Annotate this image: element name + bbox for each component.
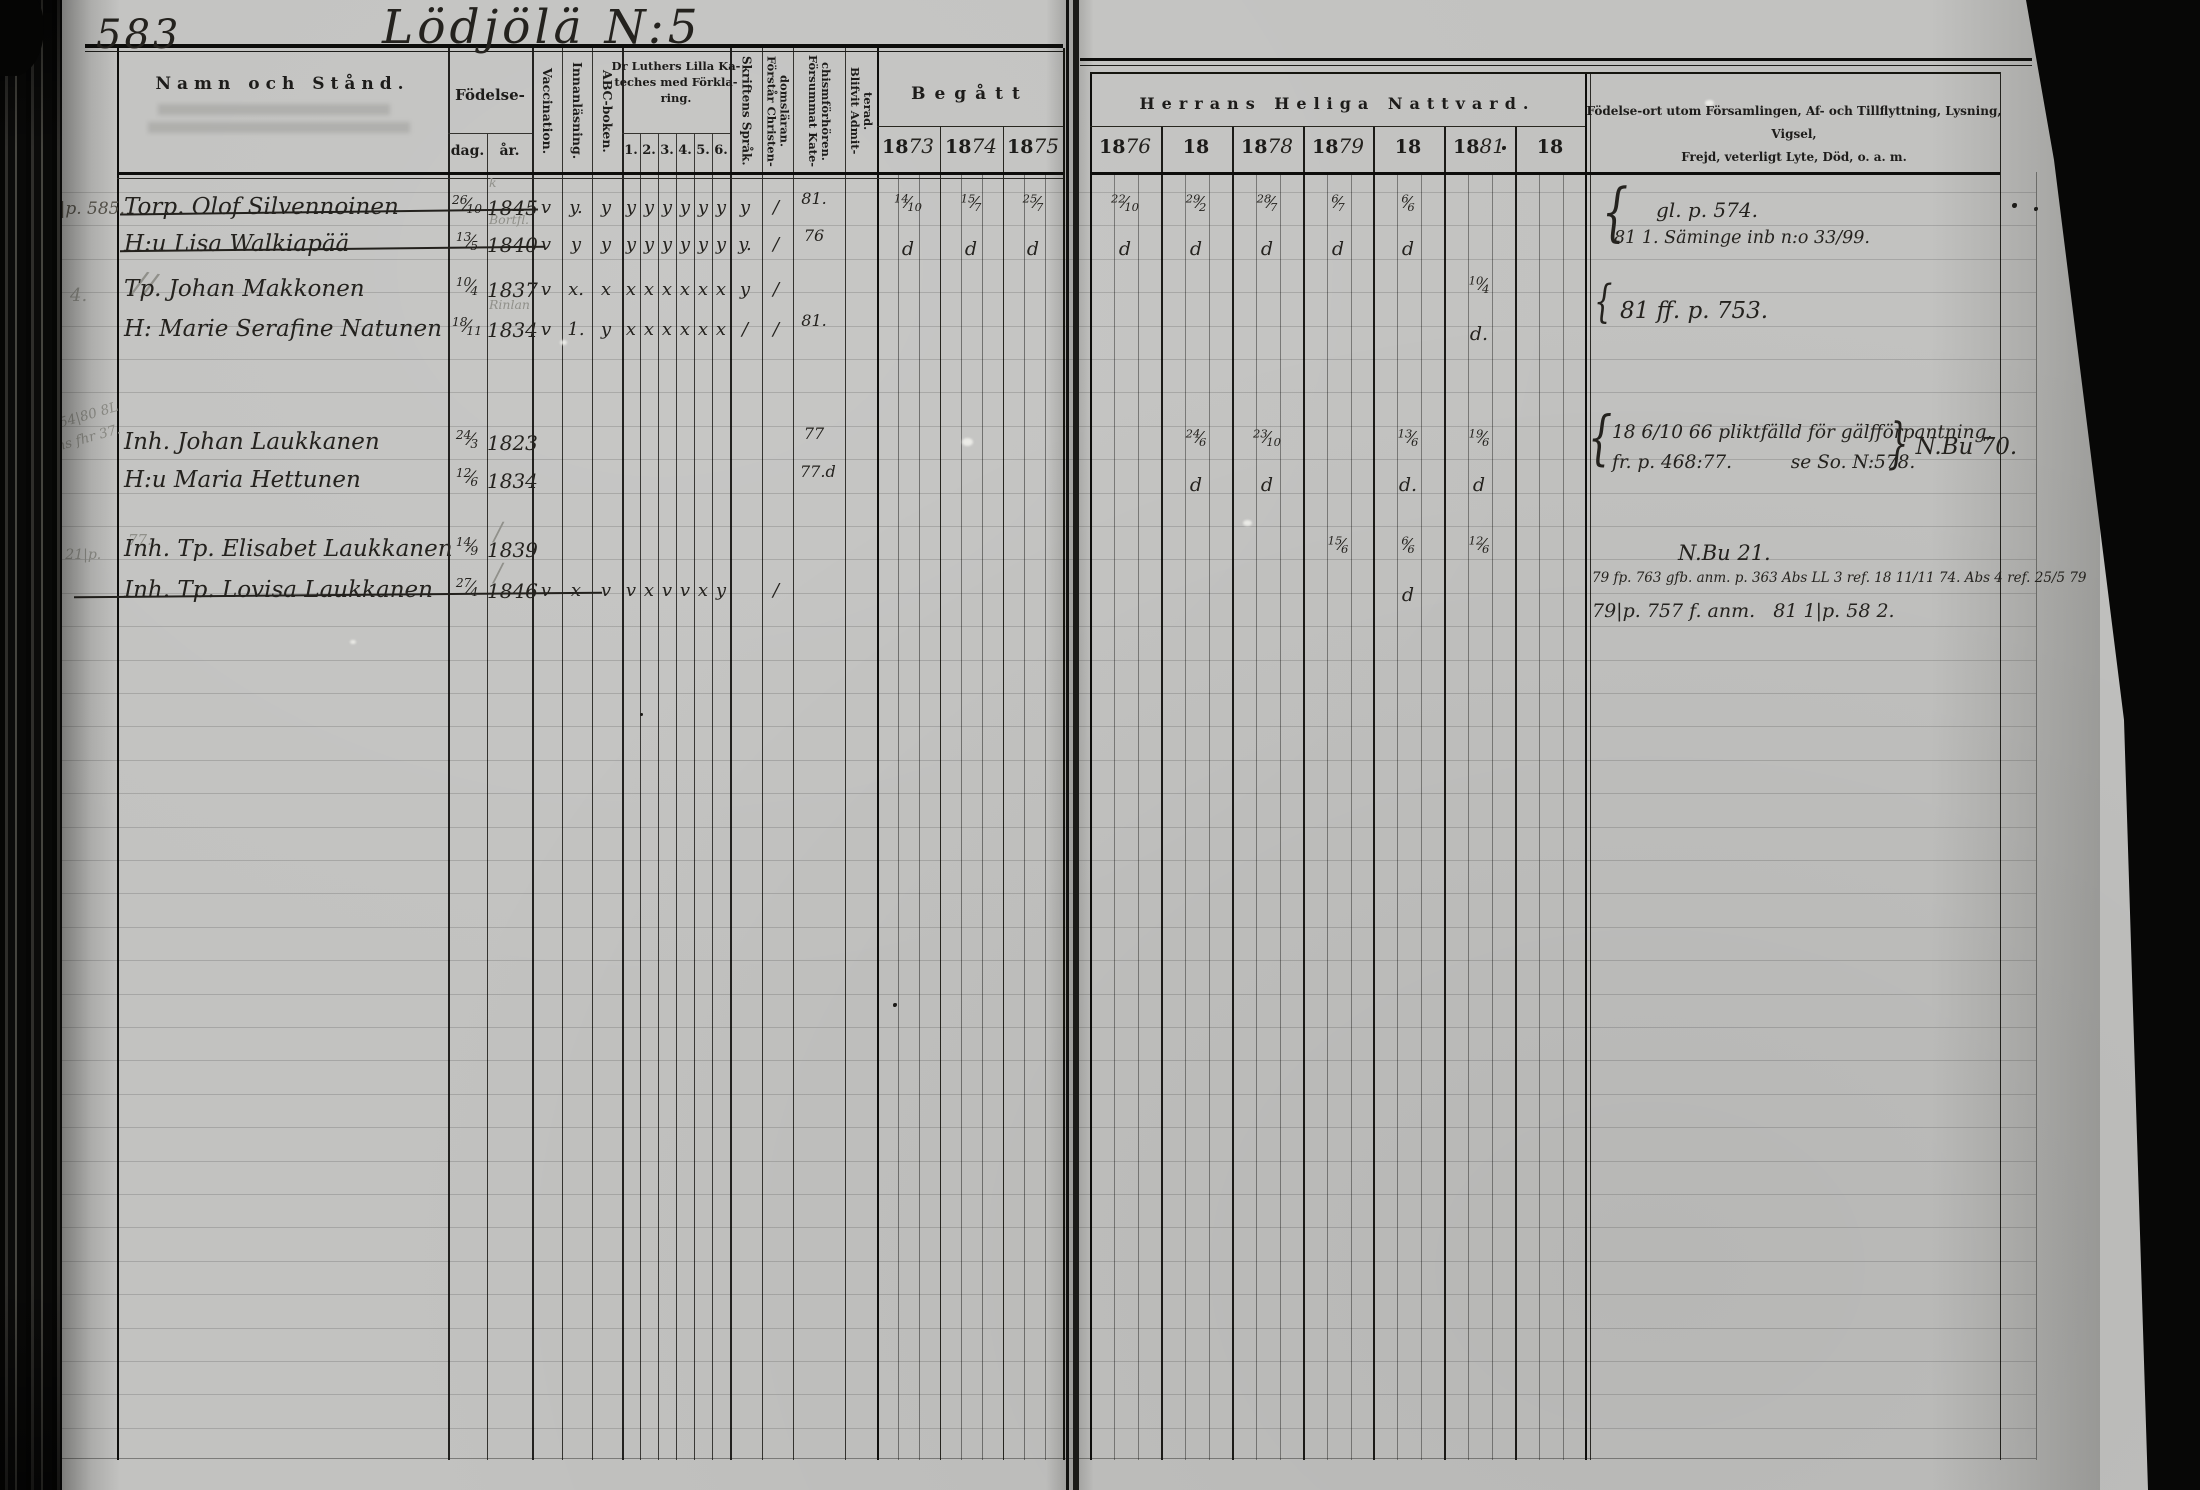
row-pencil-note: ∕ xyxy=(494,517,502,546)
grid-hline xyxy=(448,133,532,134)
grid-hline xyxy=(1080,58,2032,61)
grid-vline xyxy=(1280,172,1281,1460)
col-header-birth: Födelse- xyxy=(448,86,532,104)
row-mark: v xyxy=(532,580,560,601)
grid-hline xyxy=(622,133,730,134)
row-mark: 81. xyxy=(800,189,828,208)
nattvard-year-head: 1881 xyxy=(1449,134,1509,158)
row-mark: / xyxy=(762,580,790,601)
row-nattvard-mark: 13⁄6 xyxy=(1380,426,1436,449)
grid-vline xyxy=(1421,172,1422,1460)
row-mark: 81. xyxy=(800,311,828,330)
row-mark: x. xyxy=(562,279,590,300)
row-name: H:u Maria Hettunen xyxy=(124,467,454,493)
grid-vline xyxy=(1138,172,1139,1460)
row-birth-year: 1823 xyxy=(487,431,532,455)
row-birth-day: 26⁄10 xyxy=(448,193,486,216)
grid-vline xyxy=(1114,172,1115,1460)
annotation-line: N.Bu 21. xyxy=(1678,541,1771,565)
row-name: Inh. Johan Laukkanen xyxy=(124,429,454,455)
row-pencil-note: Rinlan xyxy=(489,297,530,312)
row-name: Tp. Johan Makkonen xyxy=(124,276,454,302)
grid-vline xyxy=(845,48,846,1460)
paper-fleck xyxy=(350,640,356,644)
row-birth-day: 24⁄3 xyxy=(448,428,486,451)
grid-hline xyxy=(117,172,1063,175)
col-header-begatt: Begått xyxy=(877,84,1063,104)
row-mark: y xyxy=(592,197,620,218)
grid-vline xyxy=(1351,172,1352,1460)
row-begatt-mark: d xyxy=(880,238,936,260)
row-nattvard-mark: 6⁄7 xyxy=(1310,191,1366,214)
row-nattvard-mark: 29⁄2 xyxy=(1168,191,1224,214)
col-header-birth-year: år. xyxy=(487,143,532,159)
row-mark: y xyxy=(731,279,759,300)
row-mark: v xyxy=(532,279,560,300)
row-mark: 1. xyxy=(562,319,590,340)
book-spine-shadow xyxy=(62,0,120,1490)
annotation-line: 81 1. Säminge inb n:o 33/99. xyxy=(1614,228,1870,248)
catechism-number: 1. xyxy=(622,143,640,158)
grid-vline xyxy=(919,172,920,1460)
grid-hline xyxy=(1090,126,1585,127)
row-mark: x xyxy=(592,279,620,300)
grid-vline xyxy=(1492,172,1493,1460)
row-nattvard-mark: 23⁄10 xyxy=(1239,426,1295,449)
col-header-skriftens-sprak: Skriftens Språk. xyxy=(730,54,762,168)
book-spine xyxy=(0,0,62,1490)
nattvard-year-head: 1879 xyxy=(1308,134,1368,158)
grid-vline xyxy=(1256,172,1257,1460)
grid-vline xyxy=(898,172,899,1460)
row-mark: y xyxy=(731,197,759,218)
grid-vline xyxy=(793,48,794,1460)
row-nattvard-mark: 22⁄10 xyxy=(1097,191,1153,214)
row-nattvard-mark: d xyxy=(1168,474,1224,496)
row-nattvard-mark: 6⁄6 xyxy=(1380,191,1436,214)
row-nattvard-mark: 10⁄4 xyxy=(1451,273,1507,296)
row-mark: 77 xyxy=(800,424,828,443)
row-mark: x xyxy=(562,580,590,601)
row-mark: v xyxy=(592,580,620,601)
grid-hline xyxy=(1090,172,2000,175)
catechism-number: 4. xyxy=(676,143,694,158)
row-mark: 77.d xyxy=(800,462,828,481)
grid-hline xyxy=(877,126,1063,127)
row-name: Torp. Olof Silvennoinen xyxy=(124,194,454,220)
annotation-brace: { xyxy=(1588,404,1612,472)
nattvard-year-head: 18 xyxy=(1378,134,1438,158)
ghost-print xyxy=(148,122,410,133)
grid-vline xyxy=(532,48,534,1460)
catechism-number: 3. xyxy=(658,143,676,158)
row-mark: / xyxy=(731,319,759,340)
col-header-blifvit-admitterad: Blifvit Admit- terad. xyxy=(845,54,877,168)
row-mark: y xyxy=(562,234,590,255)
row-nattvard-mark: 12⁄6 xyxy=(1451,533,1507,556)
grid-vline xyxy=(1539,172,1540,1460)
row-name: H: Marie Serafine Natunen xyxy=(124,316,454,342)
row-mark: y. xyxy=(562,197,590,218)
grid-vline xyxy=(1327,172,1328,1460)
col-header-forsummat-katechismforhoren: Försummat Kate- chismförhören. xyxy=(793,54,845,168)
grid-vline xyxy=(622,48,624,1460)
col-header-catechism: Dr Luthers Lilla Ka- teches med Förkla- … xyxy=(608,58,744,106)
row-pencil-note: ∕ xyxy=(494,558,502,587)
grid-hline xyxy=(1080,65,2032,66)
row-birth-day: 18⁄11 xyxy=(448,315,486,338)
grid-vline xyxy=(1397,172,1398,1460)
grid-vline xyxy=(982,172,983,1460)
row-nattvard-mark: 6⁄6 xyxy=(1380,533,1436,556)
grid-vline xyxy=(562,48,563,1460)
row-birth-year: 1834 xyxy=(487,469,532,493)
grid-vline xyxy=(1590,72,1591,1460)
annotation-line: 81 ff. p. 753. xyxy=(1620,298,1768,324)
row-name: Inh. Tp. Elisabet Laukkanen xyxy=(124,536,454,562)
row-birth-day: 10⁄4 xyxy=(448,275,486,298)
row-mark: v xyxy=(532,234,560,255)
row-birth-day: 12⁄6 xyxy=(448,466,486,489)
col-header-innanlasning: Innanläsning. xyxy=(562,54,592,168)
grid-vline xyxy=(1209,172,1210,1460)
paper-fleck xyxy=(962,438,973,446)
grid-hline xyxy=(117,178,1063,179)
ghost-print xyxy=(158,104,390,115)
col-header-birth-day: dag. xyxy=(448,143,487,159)
row-begatt-mark: 14⁄10 xyxy=(880,191,936,214)
row-mark: y. xyxy=(731,234,759,255)
row-name: H:u Lisa Walkiapää xyxy=(124,231,454,257)
row-mark: y xyxy=(707,580,735,601)
catechism-number: 5. xyxy=(694,143,712,158)
row-mark: y xyxy=(592,234,620,255)
row-birth-day: 13⁄5 xyxy=(448,230,486,253)
paper-fleck xyxy=(560,340,567,345)
row-nattvard-mark: d. xyxy=(1451,323,1507,345)
scanned-parish-register-page: 583 Lödjölä N:5 Namn och Stånd. Födelse-… xyxy=(0,0,2200,1490)
ink-speck xyxy=(640,713,643,716)
row-mark: 76 xyxy=(800,226,828,245)
page-fold-line xyxy=(1066,0,1069,1490)
grid-hline xyxy=(1090,72,2000,74)
col-header-name: Namn och Stånd. xyxy=(117,74,448,94)
row-nattvard-mark: 24⁄6 xyxy=(1168,426,1224,449)
row-nattvard-mark: d xyxy=(1239,238,1295,260)
row-nattvard-mark: 28⁄7 xyxy=(1239,191,1295,214)
row-nattvard-mark: d xyxy=(1310,238,1366,260)
row-mark: / xyxy=(762,234,790,255)
row-nattvard-mark: d xyxy=(1380,584,1436,606)
row-begatt-mark: d xyxy=(943,238,999,260)
begatt-year-head: 1874 xyxy=(941,134,1001,158)
col-header-nattvard: Herrans Heliga Nattvard. xyxy=(1090,94,1585,113)
row-nattvard-mark: d xyxy=(1239,474,1295,496)
ink-speck xyxy=(893,1003,897,1007)
row-pencil-note: Bortfl. xyxy=(489,212,529,227)
row-mark: v xyxy=(532,319,560,340)
row-nattvard-mark: d xyxy=(1380,238,1436,260)
grid-vline xyxy=(1468,172,1469,1460)
row-nattvard-mark: d xyxy=(1451,474,1507,496)
row-birth-day: 27⁄4 xyxy=(448,576,486,599)
row-pencil-note: k xyxy=(489,175,497,190)
begatt-year-head: 1873 xyxy=(878,134,938,158)
row-birth-day: 14⁄9 xyxy=(448,535,486,558)
grid-vline xyxy=(961,172,962,1460)
row-mark: / xyxy=(762,319,790,340)
nattvard-year-head: 1876 xyxy=(1095,134,1155,158)
catechism-number: 6. xyxy=(712,143,730,158)
col-header-vaccination: Vaccination. xyxy=(532,54,562,168)
row-mark: / xyxy=(762,197,790,218)
col-header-forstar-christendomslaran: Förstår Christen- domsläran. xyxy=(762,54,793,168)
row-nattvard-mark: 15⁄6 xyxy=(1310,533,1366,556)
annotation-line: fr. p. 468:77. se So. N:578. xyxy=(1612,452,1915,473)
annotation-line: gl. p. 574. xyxy=(1656,198,1758,222)
page-fold-line xyxy=(1073,0,1079,1490)
row-nattvard-mark: 19⁄6 xyxy=(1451,426,1507,449)
grid-vline xyxy=(1585,72,1587,1460)
nattvard-year-head: 1878 xyxy=(1237,134,1297,158)
grid-vline xyxy=(1185,172,1186,1460)
page-title: Lödjölä N:5 xyxy=(382,0,702,55)
grid-vline xyxy=(592,48,593,1460)
grid-vline xyxy=(1024,172,1025,1460)
row-begatt-mark: 15⁄7 xyxy=(943,191,999,214)
nattvard-year-head: 18 xyxy=(1166,134,1226,158)
row-birth-year: 1834 xyxy=(487,318,532,342)
row-name: Inh. Tp. Lovisa Laukkanen xyxy=(124,577,454,603)
book-edge-right xyxy=(0,0,2200,1490)
catechism-number: 2. xyxy=(640,143,658,158)
annotation-line: 79|p. 757 f. anm. 81 1|p. 58 2. xyxy=(1592,600,1895,622)
nattvard-year-head: 18 xyxy=(1520,134,1580,158)
row-mark: / xyxy=(762,279,790,300)
grid-vline xyxy=(730,48,732,1460)
row-mark: y xyxy=(592,319,620,340)
page-fold-shadow xyxy=(1046,0,1094,1490)
grid-vline xyxy=(448,48,450,1460)
grid-vline xyxy=(1563,172,1564,1460)
annotation-brace: { xyxy=(1594,275,1612,328)
grid-vline xyxy=(762,48,763,1460)
row-nattvard-mark: d xyxy=(1097,238,1153,260)
row-nattvard-mark: d xyxy=(1168,238,1224,260)
row-nattvard-mark: d. xyxy=(1380,474,1436,496)
